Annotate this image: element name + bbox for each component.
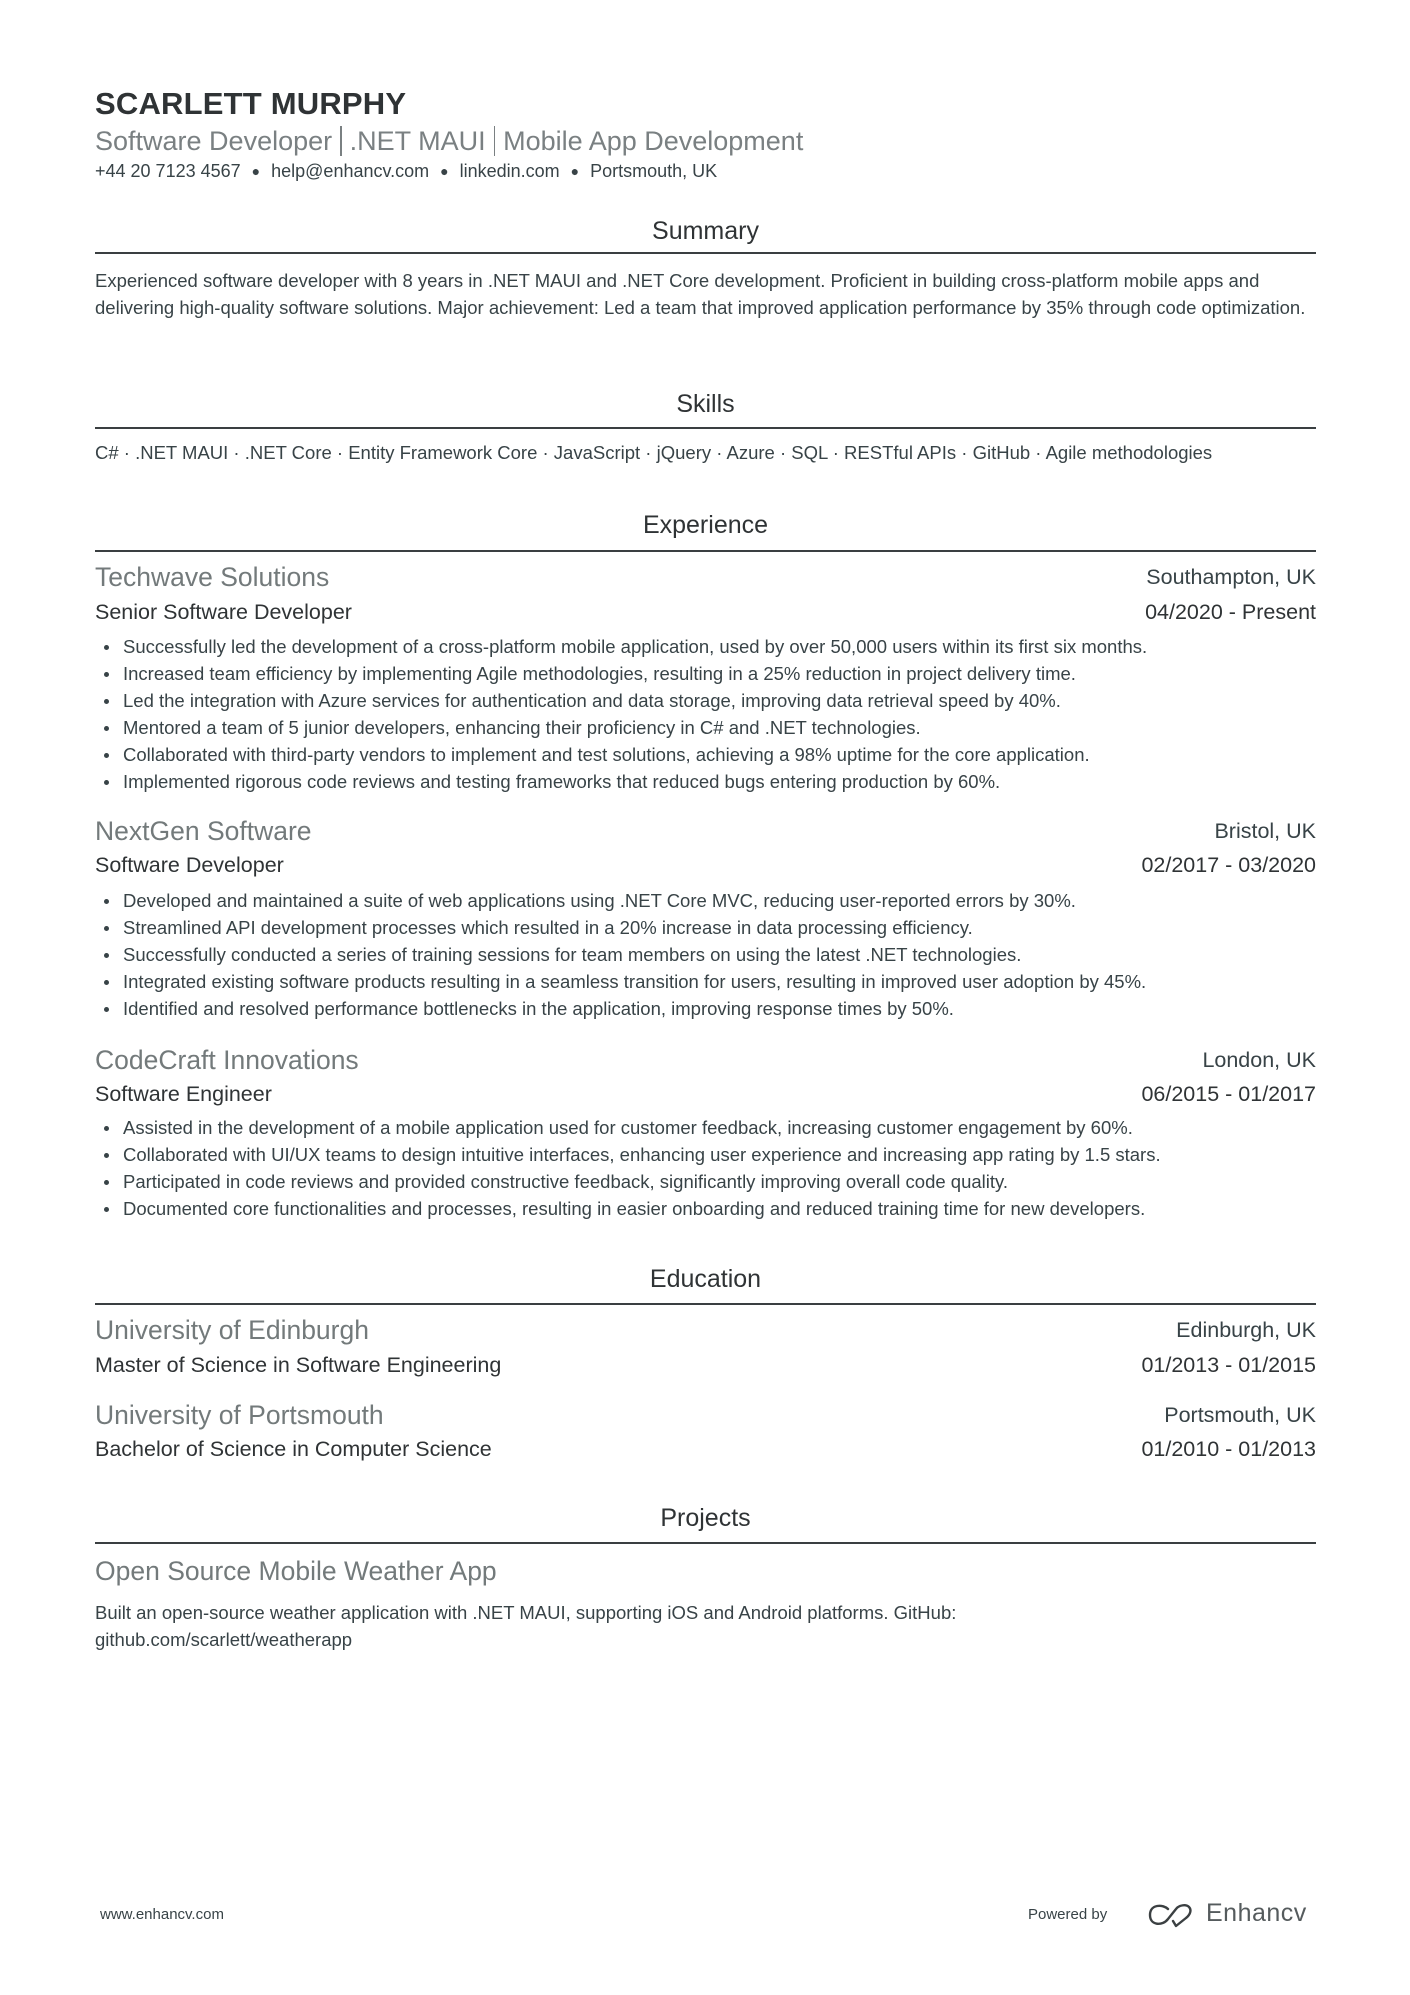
- company-name: NextGen Software: [95, 815, 312, 847]
- list-item: Developed and maintained a suite of web …: [95, 887, 1316, 914]
- job-dates: 02/2017 - 03/2020: [1141, 850, 1316, 880]
- list-item: Participated in code reviews and provide…: [95, 1168, 1316, 1195]
- job-location: London, UK: [1202, 1044, 1316, 1076]
- school-name: University of Edinburgh: [95, 1314, 369, 1346]
- degree: Bachelor of Science in Computer Science: [95, 1434, 492, 1464]
- section-title-skills: Skills: [95, 389, 1316, 419]
- list-item: Streamlined API development processes wh…: [95, 914, 1316, 941]
- list-item: Documented core functionalities and proc…: [95, 1195, 1316, 1222]
- powered-by-label: Powered by: [1028, 1906, 1107, 1923]
- school-name: University of Portsmouth: [95, 1399, 384, 1431]
- title-part: .NET MAUI: [350, 126, 486, 156]
- education-header: University of Portsmouth Portsmouth, UK: [95, 1399, 1316, 1431]
- bullet-separator-icon: ●: [440, 163, 448, 179]
- job-header: Techwave Solutions Southampton, UK: [95, 561, 1316, 593]
- section-title-projects: Projects: [95, 1503, 1316, 1533]
- contact-location: Portsmouth, UK: [590, 161, 717, 181]
- project-name: Open Source Mobile Weather App: [95, 1555, 497, 1587]
- title-separator: [340, 126, 342, 156]
- section-title-experience: Experience: [95, 510, 1316, 540]
- project-description-line: Built an open-source weather application…: [95, 1599, 1316, 1626]
- section-title-summary: Summary: [95, 216, 1316, 246]
- enhancv-brand-text: Enhancv: [1206, 1899, 1307, 1928]
- education-dates: 01/2013 - 01/2015: [1141, 1350, 1316, 1380]
- job-dates: 06/2015 - 01/2017: [1141, 1079, 1316, 1109]
- job-location: Southampton, UK: [1146, 561, 1316, 593]
- job-bullets: Developed and maintained a suite of web …: [95, 887, 1316, 1022]
- job-subheader: Software Developer 02/2017 - 03/2020: [95, 850, 1316, 882]
- project-link[interactable]: github.com/scarlett/weatherapp: [95, 1626, 1316, 1653]
- section-divider: [95, 252, 1316, 254]
- summary-text: Experienced software developer with 8 ye…: [95, 267, 1316, 321]
- title-separator: [494, 126, 496, 156]
- bullet-separator-icon: ●: [571, 163, 579, 179]
- section-divider: [95, 1303, 1316, 1305]
- job-bullets: Assisted in the development of a mobile …: [95, 1114, 1316, 1222]
- project-header: Open Source Mobile Weather App: [95, 1555, 1316, 1587]
- company-name: CodeCraft Innovations: [95, 1044, 359, 1076]
- bullet-separator-icon: ●: [252, 163, 260, 179]
- education-header: University of Edinburgh Edinburgh, UK: [95, 1314, 1316, 1346]
- job-bullets: Successfully led the development of a cr…: [95, 633, 1316, 795]
- list-item: Successfully led the development of a cr…: [95, 633, 1316, 660]
- section-divider: [95, 427, 1316, 429]
- job-role: Senior Software Developer: [95, 597, 352, 627]
- contact-line: +44 20 7123 4567●help@enhancv.com●linked…: [95, 159, 1316, 183]
- project-description: Built an open-source weather application…: [95, 1599, 1316, 1653]
- candidate-name: SCARLETT MURPHY: [95, 86, 1316, 122]
- job-subheader: Senior Software Developer 04/2020 - Pres…: [95, 597, 1316, 629]
- title-part: Software Developer: [95, 126, 332, 156]
- company-name: Techwave Solutions: [95, 561, 329, 593]
- contact-email[interactable]: help@enhancv.com: [271, 161, 429, 181]
- footer-website-link[interactable]: www.enhancv.com: [100, 1906, 224, 1923]
- job-header: CodeCraft Innovations London, UK: [95, 1044, 1316, 1076]
- title-part: Mobile App Development: [503, 126, 803, 156]
- list-item: Assisted in the development of a mobile …: [95, 1114, 1316, 1141]
- list-item: Identified and resolved performance bott…: [95, 995, 1316, 1022]
- school-location: Edinburgh, UK: [1176, 1314, 1316, 1346]
- contact-phone[interactable]: +44 20 7123 4567: [95, 161, 241, 181]
- education-subheader: Bachelor of Science in Computer Science …: [95, 1434, 1316, 1466]
- list-item: Collaborated with third-party vendors to…: [95, 741, 1316, 768]
- job-dates: 04/2020 - Present: [1145, 597, 1316, 627]
- job-location: Bristol, UK: [1214, 815, 1316, 847]
- education-subheader: Master of Science in Software Engineerin…: [95, 1350, 1316, 1382]
- job-subheader: Software Engineer 06/2015 - 01/2017: [95, 1079, 1316, 1111]
- list-item: Collaborated with UI/UX teams to design …: [95, 1141, 1316, 1168]
- job-role: Software Engineer: [95, 1079, 272, 1109]
- list-item: Successfully conducted a series of train…: [95, 941, 1316, 968]
- school-location: Portsmouth, UK: [1164, 1399, 1316, 1431]
- degree: Master of Science in Software Engineerin…: [95, 1350, 501, 1380]
- job-role: Software Developer: [95, 850, 284, 880]
- section-title-education: Education: [95, 1264, 1316, 1294]
- job-header: NextGen Software Bristol, UK: [95, 815, 1316, 847]
- list-item: Integrated existing software products re…: [95, 968, 1316, 995]
- education-dates: 01/2010 - 01/2013: [1141, 1434, 1316, 1464]
- skills-list: C# · .NET MAUI · .NET Core · Entity Fram…: [95, 439, 1316, 466]
- list-item: Mentored a team of 5 junior developers, …: [95, 714, 1316, 741]
- contact-linkedin[interactable]: linkedin.com: [460, 161, 560, 181]
- list-item: Led the integration with Azure services …: [95, 687, 1316, 714]
- section-divider: [95, 550, 1316, 552]
- section-divider: [95, 1542, 1316, 1544]
- list-item: Implemented rigorous code reviews and te…: [95, 768, 1316, 795]
- enhancv-logo-icon: [1146, 1902, 1196, 1928]
- list-item: Increased team efficiency by implementin…: [95, 660, 1316, 687]
- candidate-title: Software Developer.NET MAUIMobile App De…: [95, 124, 1316, 158]
